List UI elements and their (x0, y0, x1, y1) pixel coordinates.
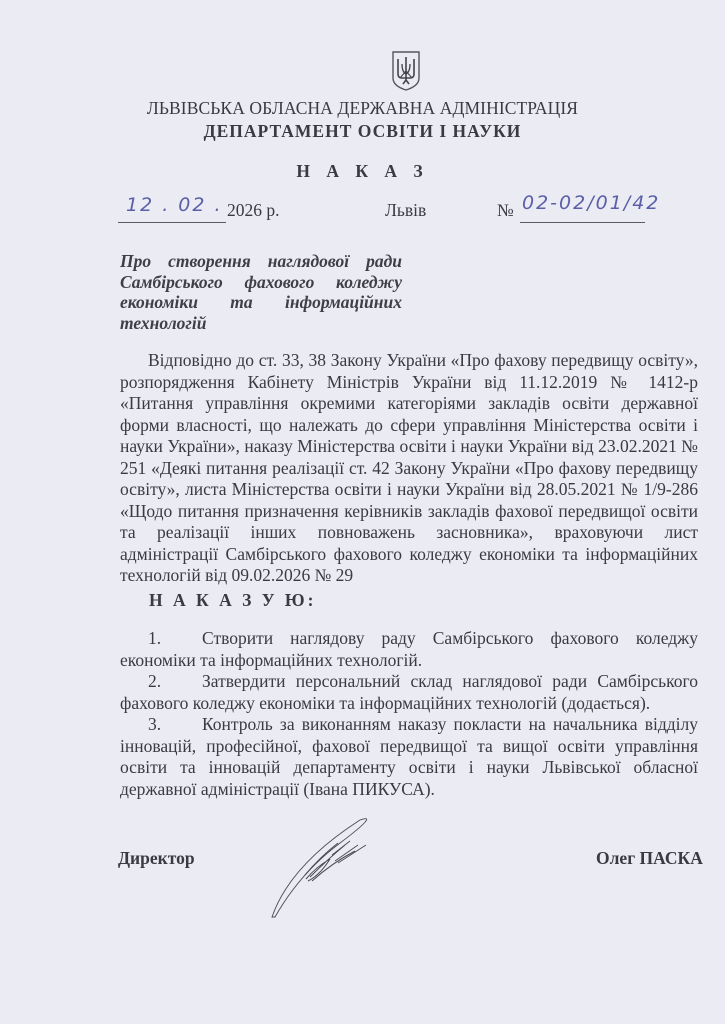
order-item: 3.Контроль за виконанням наказу покласти… (120, 714, 698, 800)
document-page: ЛЬВІВСЬКА ОБЛАСНА ДЕРЖАВНА АДМІНІСТРАЦІЯ… (0, 0, 725, 1024)
subject-line: Про створення наглядової ради (120, 251, 402, 272)
trident-coat-of-arms-icon (391, 50, 421, 92)
item-number: 2. (148, 671, 202, 693)
item-number: 1. (148, 628, 202, 650)
handwritten-document-number: 02-02/01/42 (522, 192, 660, 214)
subject-line: економіки та інформаційних (120, 292, 402, 313)
item-text: Створити наглядову раду Самбірського фах… (120, 628, 698, 670)
document-type-title: Н А К А З (0, 161, 725, 182)
subject-line: технологій (120, 313, 402, 334)
order-item: 2.Затвердити персональний склад наглядов… (120, 671, 698, 714)
department-name: ДЕПАРТАМЕНТ ОСВІТИ І НАУКИ (0, 121, 725, 142)
organization-name: ЛЬВІВСЬКА ОБЛАСНА ДЕРЖАВНА АДМІНІСТРАЦІЯ (0, 98, 725, 119)
item-number: 3. (148, 714, 202, 736)
document-subject: Про створення наглядової ради Самбірсько… (120, 251, 402, 333)
handwritten-date: 12 . 02 . (126, 194, 223, 216)
signatory-name: Олег ПАСКА (596, 848, 703, 869)
preamble-paragraph: Відповідно до ст. 33, 38 Закону України … (120, 350, 698, 587)
document-city: Львів (385, 200, 426, 221)
handwritten-signature-icon (220, 815, 390, 925)
item-text: Затвердити персональний склад наглядової… (120, 671, 698, 713)
subject-line: Самбірського фахового коледжу (120, 272, 402, 293)
number-sign: № (497, 200, 514, 221)
order-heading: Н А К А З У Ю: (149, 590, 316, 611)
preamble-section: Відповідно до ст. 33, 38 Закону України … (120, 350, 698, 587)
document-year: 2026 р. (227, 200, 280, 221)
item-text: Контроль за виконанням наказу покласти н… (120, 714, 698, 799)
order-item: 1.Створити наглядову раду Самбірського ф… (120, 628, 698, 671)
order-items: 1.Створити наглядову раду Самбірського ф… (120, 628, 698, 800)
signatory-position: Директор (118, 848, 195, 869)
